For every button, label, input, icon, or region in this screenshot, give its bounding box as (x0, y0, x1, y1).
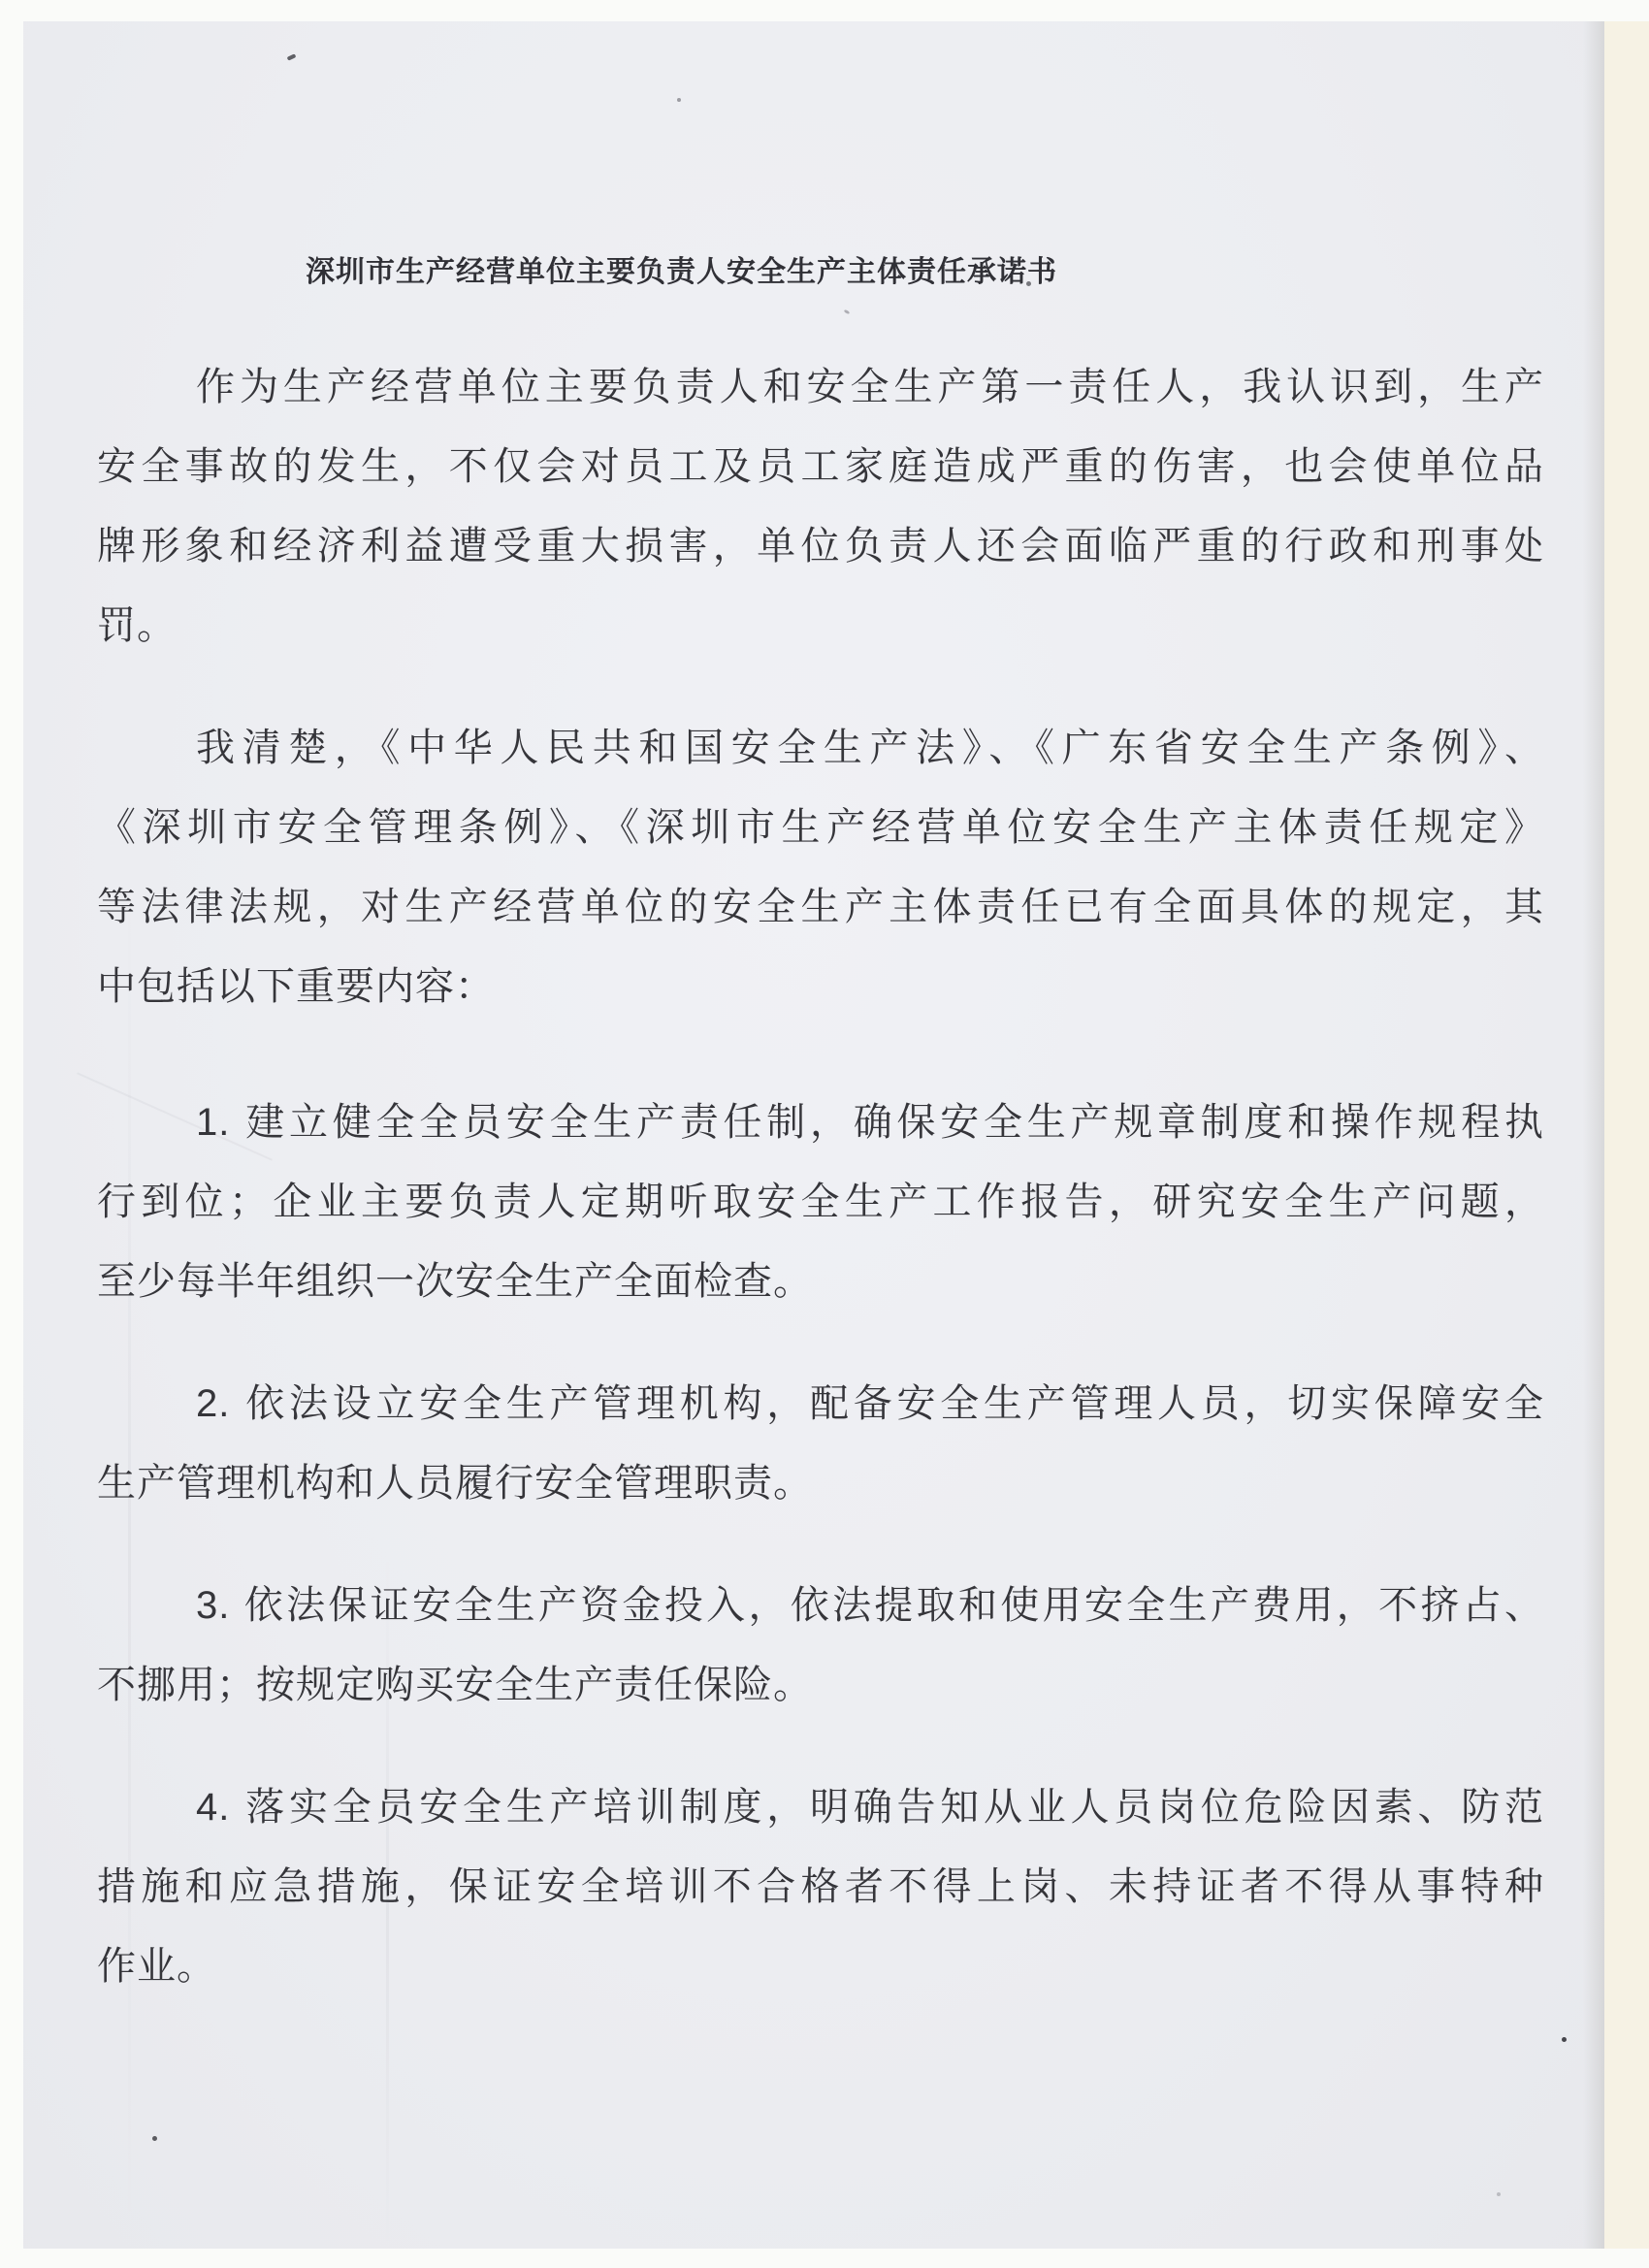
text-line: 措施和应急措施，保证安全培训不合格者不得上岗、未持证者不得从事特种 (97, 1847, 1544, 1927)
text-line: 罚。 (97, 586, 1544, 665)
text-line: 牌形象和经济利益遭受重大损害，单位负责人还会面临严重的行政和刑事处 (97, 506, 1544, 586)
paragraph-intro-2: 我清楚，《中华人民共和国安全生产法》、《广东省安全生产条例》、《深圳市安全管理条… (97, 708, 1544, 1026)
document-body: 作为生产经营单位主要负责人和安全生产第一责任人，我认识到，生产安全事故的发生，不… (97, 347, 1544, 2006)
text-line: 不挪用；按规定购买安全生产责任保险。 (97, 1645, 1544, 1725)
text-line: 我清楚，《中华人民共和国安全生产法》、《广东省安全生产条例》、 (97, 708, 1544, 788)
scan-edge-top (0, 0, 1649, 21)
paragraph-item-4: 4. 落实全员安全生产培训制度，明确告知从业人员岗位危险因素、防范措施和应急措施… (97, 1767, 1544, 2006)
text-line: 作业。 (97, 1927, 1544, 2006)
paragraph-item-2: 2. 依法设立安全生产管理机构，配备安全生产管理人员，切实保障安全生产管理机构和… (97, 1364, 1544, 1523)
text-line: 《深圳市安全管理条例》、《深圳市生产经营单位安全生产主体责任规定》 (97, 788, 1544, 867)
scan-speck (677, 98, 681, 102)
text-line: 行到位；企业主要负责人定期听取安全生产工作报告，研究安全生产问题， (97, 1162, 1544, 1242)
text-line: 至少每半年组织一次安全生产全面检查。 (97, 1242, 1544, 1321)
document-content: 深圳市生产经营单位主要负责人安全生产主体责任承诺书 作为生产经营单位主要负责人和… (97, 233, 1544, 2006)
scan-edge-right (1604, 0, 1649, 2268)
scan-edge-bottom (0, 2249, 1649, 2268)
paragraph-item-3: 3. 依法保证安全生产资金投入，依法提取和使用安全生产费用，不挤占、不挪用；按规… (97, 1566, 1544, 1725)
scan-speck (287, 53, 297, 60)
scan-edge-left (0, 0, 23, 2268)
text-line: 1. 建立健全全员安全生产责任制，确保安全生产规章制度和操作规程执 (97, 1083, 1544, 1162)
scan-speck (152, 2136, 157, 2141)
text-line: 3. 依法保证安全生产资金投入，依法提取和使用安全生产费用，不挤占、 (97, 1566, 1544, 1645)
page-edge-shadow (1583, 0, 1604, 2268)
text-line: 安全事故的发生，不仅会对员工及员工家庭造成严重的伤害，也会使单位品 (97, 427, 1544, 506)
scan-speck (1497, 2192, 1501, 2196)
document-title: 深圳市生产经营单位主要负责人安全生产主体责任承诺书 (97, 233, 1544, 312)
paragraph-item-1: 1. 建立健全全员安全生产责任制，确保安全生产规章制度和操作规程执行到位；企业主… (97, 1083, 1544, 1321)
scanned-page: 深圳市生产经营单位主要负责人安全生产主体责任承诺书 作为生产经营单位主要负责人和… (0, 0, 1649, 2268)
text-line: 等法律法规，对生产经营单位的安全生产主体责任已有全面具体的规定，其 (97, 867, 1544, 947)
text-line: 作为生产经营单位主要负责人和安全生产第一责任人，我认识到，生产 (97, 347, 1544, 427)
text-line: 4. 落实全员安全生产培训制度，明确告知从业人员岗位危险因素、防范 (97, 1767, 1544, 1847)
text-line: 2. 依法设立安全生产管理机构，配备安全生产管理人员，切实保障安全 (97, 1364, 1544, 1443)
text-line: 中包括以下重要内容： (97, 947, 1544, 1026)
text-line: 生产管理机构和人员履行安全管理职责。 (97, 1443, 1544, 1523)
paragraph-intro-1: 作为生产经营单位主要负责人和安全生产第一责任人，我认识到，生产安全事故的发生，不… (97, 347, 1544, 665)
scan-speck (1562, 2037, 1567, 2042)
